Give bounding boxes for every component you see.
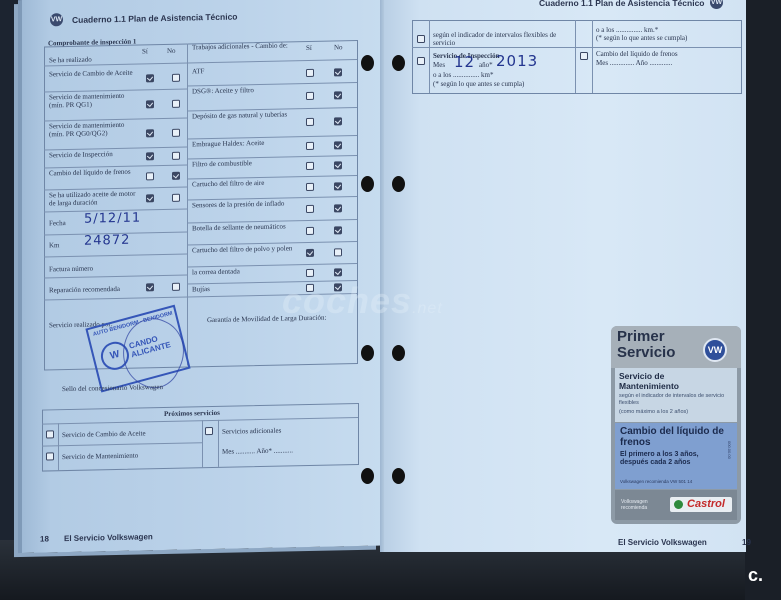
punch-hole [392, 468, 405, 484]
extra-work-yes-checkbox[interactable] [306, 204, 314, 212]
extra-work-no-checkbox[interactable] [334, 68, 342, 76]
sticker-brake-rec: Volkswagen recomienda VW 501 14 [620, 479, 692, 484]
flex-interval-checkbox[interactable] [417, 35, 425, 43]
col-header-done: Se ha realizado [49, 56, 92, 65]
punch-hole [361, 55, 374, 71]
extra-work-no-checkbox[interactable] [334, 204, 342, 212]
sticker-brake-title: Cambio del líquido de frenos [620, 426, 728, 448]
inspection-year-value: 2013 [496, 52, 538, 70]
inspection-month-value: 12 [454, 53, 475, 71]
first-service-sticker: Primer Servicio VW Servicio de Mantenimi… [611, 326, 741, 524]
reparacion-yes-checkbox[interactable] [146, 283, 154, 291]
extra-work-no-checkbox[interactable] [334, 226, 342, 234]
punch-hole [392, 55, 405, 71]
inspection-yes-checkbox[interactable] [146, 100, 154, 108]
brake-fluid-title: Cambio del líquido de frenos [596, 50, 678, 58]
watermark: coches.net [282, 280, 443, 322]
next-maint-label: Servicio de Mantenimiento [62, 452, 138, 462]
extra-work-yes-checkbox[interactable] [306, 249, 314, 257]
fecha-label: Fecha [49, 219, 66, 227]
left-page-footer: El Servicio Volkswagen [64, 532, 153, 543]
stamp-caption: Sello del concesionario Volkswagen [62, 383, 163, 393]
inspection-mes-label: Mes [433, 61, 445, 69]
col-header-yes-2: Sí [306, 44, 312, 52]
extra-work-no-checkbox[interactable] [334, 117, 342, 125]
extra-work-yes-checkbox[interactable] [306, 182, 314, 190]
right-page-number: 19 [742, 538, 751, 547]
next-services-title: Próximos servicios [164, 409, 220, 418]
punch-hole [392, 345, 405, 361]
corner-mark: c. [748, 565, 763, 586]
extra-work-no-checkbox[interactable] [334, 182, 342, 190]
next-date-field: Mes ........... Año* ........... [222, 446, 293, 455]
sticker-title: Primer Servicio [617, 329, 697, 361]
extra-work-yes-checkbox[interactable] [306, 162, 314, 170]
inspection-yes-checkbox[interactable] [146, 194, 154, 202]
inspection-no-checkbox[interactable] [172, 152, 180, 160]
factura-label: Factura número [49, 265, 93, 274]
inspection-no-checkbox[interactable] [172, 172, 180, 180]
sticker-brake-sub: El primero a los 3 años, después cada 2 … [620, 451, 724, 467]
flex-interval-label: según el indicador de intervalos flexibl… [433, 31, 573, 47]
sticker-maint-sub: según el indicador de intervalos de serv… [619, 393, 729, 406]
extra-work-no-checkbox[interactable] [334, 141, 342, 149]
extra-work-yes-checkbox[interactable] [306, 91, 314, 99]
punch-hole [361, 345, 374, 361]
background-edge [745, 0, 781, 600]
km-interval-field: o a los ............... km.* (* según lo… [596, 26, 736, 42]
extra-work-yes-checkbox[interactable] [306, 268, 314, 276]
inspection-yes-checkbox[interactable] [146, 172, 154, 180]
col-header-no: No [167, 47, 176, 55]
inspection-km-field: o a los ............... km* [433, 71, 493, 79]
sticker-code: 000.00.00 [727, 441, 732, 459]
km-label: Km [49, 241, 60, 249]
extra-work-no-checkbox[interactable] [334, 248, 342, 256]
km-value: 24872 [84, 233, 130, 249]
right-page-title: Cuaderno 1.1 Plan de Asistencia Técnico [539, 0, 705, 8]
vw-logo-icon-right: VW [710, 0, 723, 9]
inspection-yes-checkbox[interactable] [146, 129, 154, 137]
reparacion-no-checkbox[interactable] [172, 283, 180, 291]
inspection-ano-label: año* [479, 61, 493, 69]
left-page-number: 18 [40, 534, 49, 543]
fecha-value: 5/12/11 [84, 211, 141, 227]
extra-work-yes-checkbox[interactable] [306, 142, 314, 150]
next-maint-checkbox[interactable] [46, 452, 54, 460]
inspection-row-label: Servicio de mantenimiento (mín. PR QG1) [49, 92, 137, 110]
page-title: Cuaderno 1.1 Plan de Asistencia Técnico [72, 11, 238, 24]
inspection-no-checkbox[interactable] [172, 194, 180, 202]
col-header-yes: Sí [142, 47, 148, 55]
extra-work-no-checkbox[interactable] [334, 268, 342, 276]
next-extra-label: Servicios adicionales [222, 427, 281, 436]
punch-hole [361, 176, 374, 192]
inspection-no-checkbox[interactable] [172, 128, 180, 136]
right-page-footer: El Servicio Volkswagen [618, 538, 707, 547]
inspection-yes-checkbox[interactable] [146, 152, 154, 160]
inspection-yes-checkbox[interactable] [146, 74, 154, 82]
inspection-row-label: Servicio de mantenimiento (mín. PR QG0/Q… [49, 121, 137, 139]
inspection-no-checkbox[interactable] [172, 73, 180, 81]
reparacion-label: Reparación recomendada [49, 285, 120, 294]
castrol-logo: Castrol [670, 497, 732, 512]
inspection-row-label: Se ha utilizado aceite de motor de larga… [49, 190, 137, 208]
extra-work-no-checkbox[interactable] [334, 91, 342, 99]
next-extra-checkbox[interactable] [205, 427, 213, 435]
punch-hole [361, 468, 374, 484]
inspection-no-checkbox[interactable] [172, 99, 180, 107]
sticker-maint-title: Servicio de Mantenimiento [619, 371, 719, 391]
vw-sticker-logo-icon: VW [703, 338, 727, 362]
vw-logo-icon: VW [50, 13, 63, 26]
inspection-note: (* según lo que antes se cumpla) [433, 80, 524, 88]
extra-work-yes-checkbox[interactable] [306, 69, 314, 77]
punch-hole [392, 176, 405, 192]
extra-work-no-checkbox[interactable] [334, 161, 342, 169]
extra-work-yes-checkbox[interactable] [306, 118, 314, 126]
sticker-maint-note: (como máximo a los 2 años) [619, 409, 688, 416]
next-oil-checkbox[interactable] [46, 430, 54, 438]
col-header-no-2: No [334, 43, 343, 51]
brake-fluid-checkbox[interactable] [580, 52, 588, 60]
extra-work-yes-checkbox[interactable] [306, 227, 314, 235]
inspection-checkbox[interactable] [417, 57, 425, 65]
left-page: VW Cuaderno 1.1 Plan de Asistencia Técni… [22, 0, 384, 553]
brake-fluid-date: Mes .............. Año ............. [596, 59, 672, 67]
sticker-recommends: Volkswagen recomienda [621, 499, 661, 511]
